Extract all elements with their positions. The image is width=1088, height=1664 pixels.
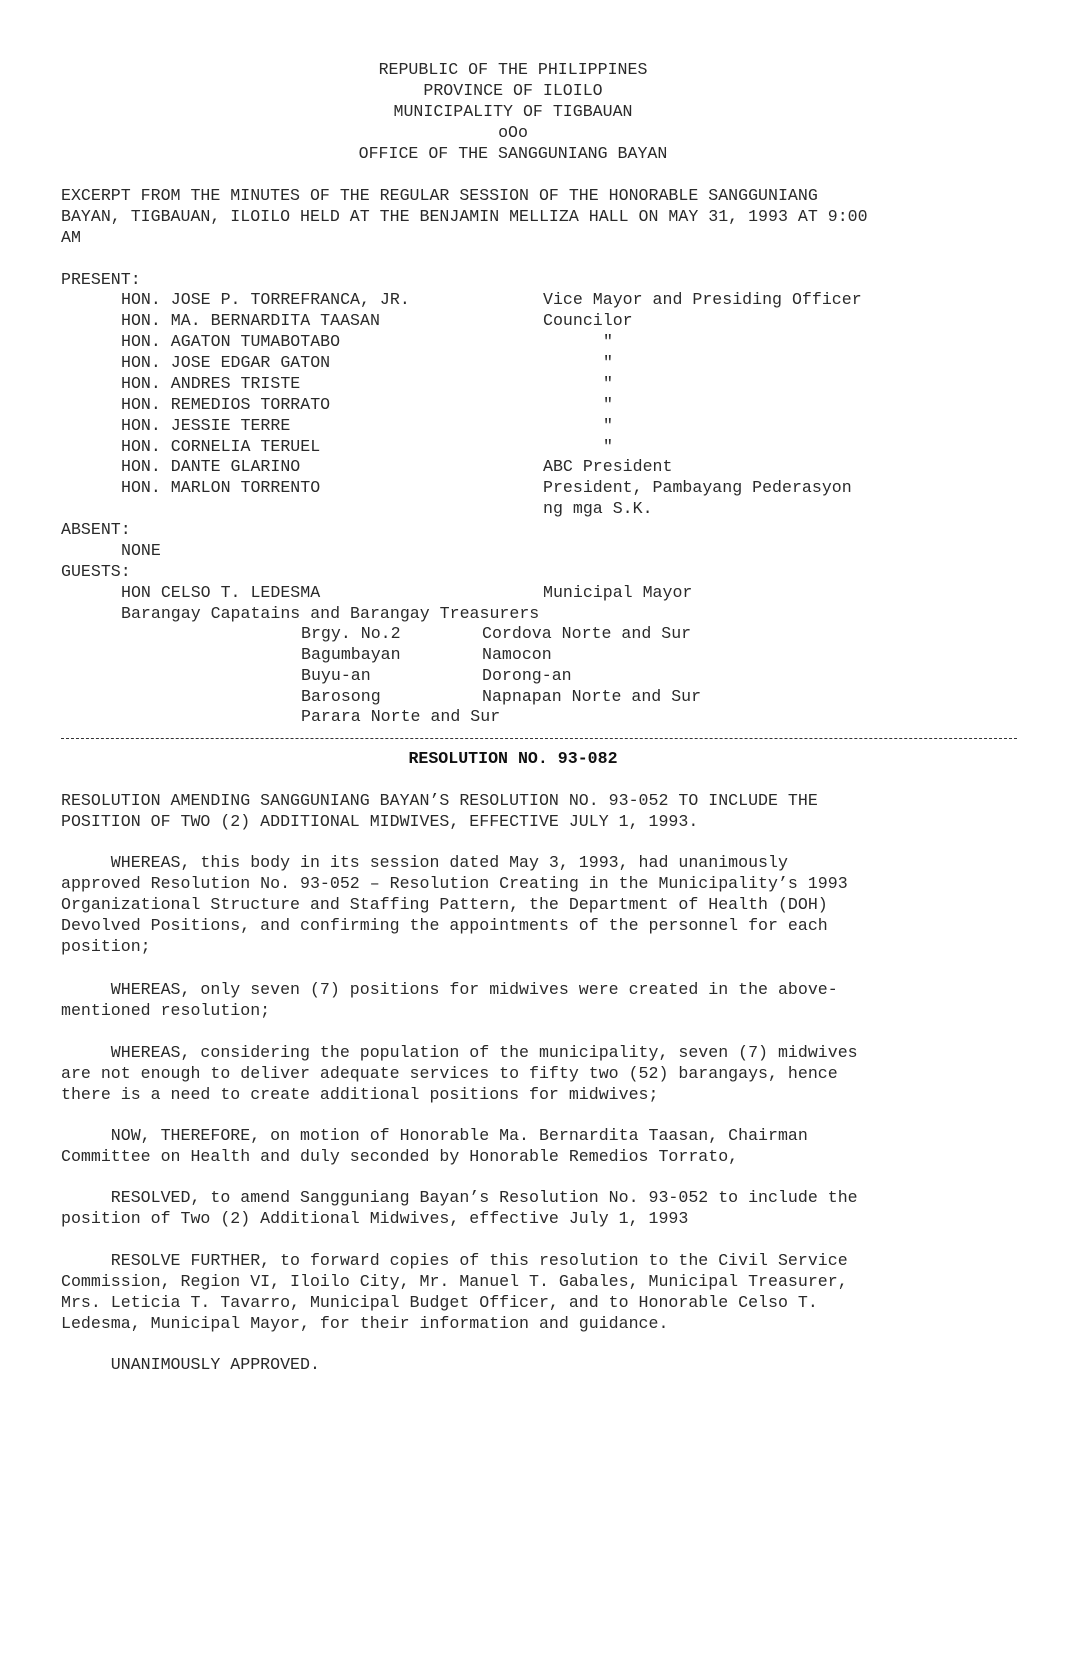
guest-mayor-name: HON CELSO T. LEDESMA xyxy=(121,583,320,604)
member-title-ditto: " xyxy=(603,353,613,374)
member-title-ditto: " xyxy=(603,374,613,395)
resolved-line: position of Two (2) Additional Midwives,… xyxy=(61,1209,688,1230)
barangay-left: Barosong xyxy=(301,687,381,708)
now-therefore-line: NOW, THEREFORE, on motion of Honorable M… xyxy=(61,1126,808,1147)
member-name: HON. AGATON TUMABOTABO xyxy=(121,332,340,353)
whereas-3-line: there is a need to create additional pos… xyxy=(61,1085,658,1106)
barangay-right: Cordova Norte and Sur xyxy=(482,624,691,645)
now-therefore-line: Committee on Health and duly seconded by… xyxy=(61,1147,738,1168)
document-page: REPUBLIC OF THE PHILIPPINES PROVINCE OF … xyxy=(0,0,1088,1664)
barangay-right: Namocon xyxy=(482,645,552,666)
header-office: OFFICE OF THE SANGGUNIANG BAYAN xyxy=(0,144,1026,165)
guests-label: GUESTS: xyxy=(61,562,131,583)
resolved-line: RESOLVED, to amend Sangguniang Bayan’s R… xyxy=(61,1188,858,1209)
resolve-further-line: Mrs. Leticia T. Tavarro, Municipal Budge… xyxy=(61,1293,818,1314)
member-name: HON. REMEDIOS TORRATO xyxy=(121,395,330,416)
whereas-1-line: Devolved Positions, and confirming the a… xyxy=(61,916,828,937)
unanimously-approved: UNANIMOUSLY APPROVED. xyxy=(61,1355,320,1376)
barangay-left: Brgy. No.2 xyxy=(301,624,401,645)
present-label: PRESENT: xyxy=(61,270,141,291)
member-title-continuation: ng mga S.K. xyxy=(543,499,653,520)
whereas-1-line: position; xyxy=(61,937,151,958)
resolution-subject-line-2: POSITION OF TWO (2) ADDITIONAL MIDWIVES,… xyxy=(61,812,698,833)
barangay-left: Parara Norte and Sur xyxy=(301,707,500,728)
member-title-ditto: " xyxy=(603,395,613,416)
member-name: HON. MARLON TORRENTO xyxy=(121,478,320,499)
header-ornament: oOo xyxy=(0,123,1026,144)
barangay-right: Napnapan Norte and Sur xyxy=(482,687,701,708)
whereas-1-line: approved Resolution No. 93-052 – Resolut… xyxy=(61,874,848,895)
member-title: President, Pambayang Pederasyon xyxy=(543,478,852,499)
member-name: HON. CORNELIA TERUEL xyxy=(121,437,320,458)
resolve-further-line: RESOLVE FURTHER, to forward copies of th… xyxy=(61,1251,848,1272)
member-name: HON. ANDRES TRISTE xyxy=(121,374,300,395)
absent-label: ABSENT: xyxy=(61,520,131,541)
member-title: Vice Mayor and Presiding Officer xyxy=(543,290,862,311)
member-title-ditto: " xyxy=(603,416,613,437)
dashed-divider xyxy=(61,738,1017,739)
resolution-title: RESOLUTION NO. 93-082 xyxy=(0,749,1026,770)
resolve-further-line: Commission, Region VI, Iloilo City, Mr. … xyxy=(61,1272,848,1293)
member-name: HON. MA. BERNARDITA TAASAN xyxy=(121,311,380,332)
member-title-ditto: " xyxy=(603,332,613,353)
resolve-further-line: Ledesma, Municipal Mayor, for their info… xyxy=(61,1314,668,1335)
barangay-heading: Barangay Capatains and Barangay Treasure… xyxy=(121,604,539,625)
whereas-2-line: mentioned resolution; xyxy=(61,1001,270,1022)
barangay-right: Dorong-an xyxy=(482,666,572,687)
member-name: HON. DANTE GLARINO xyxy=(121,457,300,478)
whereas-2-line: WHEREAS, only seven (7) positions for mi… xyxy=(61,980,838,1001)
whereas-3-line: are not enough to deliver adequate servi… xyxy=(61,1064,838,1085)
excerpt-line-3: AM xyxy=(61,228,81,249)
barangay-left: Bagumbayan xyxy=(301,645,401,666)
member-title: Councilor xyxy=(543,311,633,332)
whereas-1-line: WHEREAS, this body in its session dated … xyxy=(61,853,788,874)
whereas-1-line: Organizational Structure and Staffing Pa… xyxy=(61,895,828,916)
member-title-ditto: " xyxy=(603,437,613,458)
absent-value: NONE xyxy=(121,541,161,562)
barangay-left: Buyu-an xyxy=(301,666,371,687)
member-name: HON. JOSE P. TORREFRANCA, JR. xyxy=(121,290,410,311)
member-title: ABC President xyxy=(543,457,672,478)
header-province: PROVINCE OF ILOILO xyxy=(0,81,1026,102)
resolution-subject-line-1: RESOLUTION AMENDING SANGGUNIANG BAYAN’S … xyxy=(61,791,818,812)
excerpt-line-1: EXCERPT FROM THE MINUTES OF THE REGULAR … xyxy=(61,186,818,207)
excerpt-line-2: BAYAN, TIGBAUAN, ILOILO HELD AT THE BENJ… xyxy=(61,207,868,228)
member-name: HON. JOSE EDGAR GATON xyxy=(121,353,330,374)
guest-mayor-title: Municipal Mayor xyxy=(543,583,692,604)
member-name: HON. JESSIE TERRE xyxy=(121,416,290,437)
header-municipality: MUNICIPALITY OF TIGBAUAN xyxy=(0,102,1026,123)
header-republic: REPUBLIC OF THE PHILIPPINES xyxy=(0,60,1026,81)
whereas-3-line: WHEREAS, considering the population of t… xyxy=(61,1043,858,1064)
